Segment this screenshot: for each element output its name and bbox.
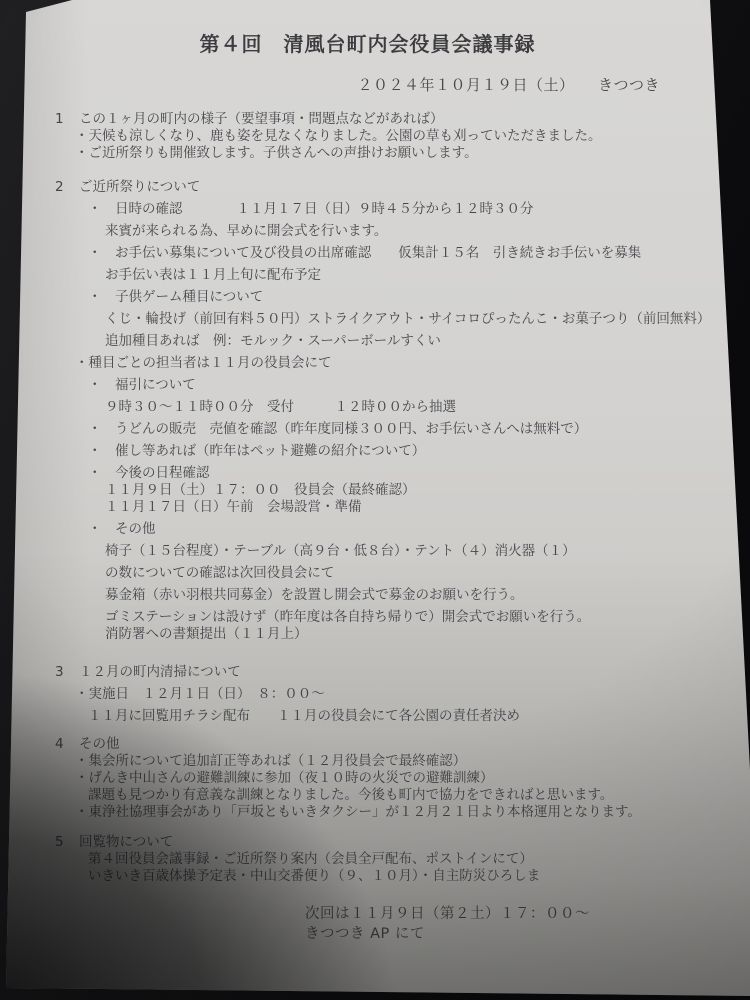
next-meeting-note: 次回は１１月９日（第２土）１７：００～ きつつき AP にて: [305, 904, 720, 944]
doc-line: 第４回役員会議事録・ご近所祭り案内（会員全戸配布、ポストインにて）: [55, 851, 720, 867]
doc-line: ・ うどんの販売 売値を確認（昨年度同様３００円、お手伝いさんへは無料で）: [55, 421, 720, 437]
section-lines: 第４回役員会議事録・ご近所祭り案内（会員全戸配布、ポストインにて）いきいき百歳体…: [55, 851, 720, 884]
section-heading: ご近所祭りについて: [79, 179, 200, 195]
doc-line: ・ 催し等あれば（昨年はペット避難の紹介について）: [55, 443, 720, 459]
doc-line: １１月に回覧用チラシ配布 １１月の役員会にて各公園の責任者決め: [55, 708, 720, 724]
doc-line: お手伝い表は１１月上旬に配布予定: [55, 267, 720, 283]
doc-line: １１月１７日（日）午前 会場設営・準備: [55, 499, 720, 515]
section-lines: ・天候も涼しくなり、鹿も姿を見なくなりました。公園の草も刈っていただきました。・…: [55, 128, 720, 161]
section-number: 2: [55, 179, 69, 195]
section-number: 5: [55, 834, 69, 850]
section-4: 4 その他 ・集会所について追加訂正等あれば（１２月役員会で最終確認）・げんき中…: [55, 736, 720, 820]
section-lines: ・実施日 １２月１日（日） ８：００～１１月に回覧用チラシ配布 １１月の役員会に…: [55, 686, 720, 724]
doc-line: ・天候も涼しくなり、鹿も姿を見なくなりました。公園の草も刈っていただきました。: [55, 128, 720, 144]
section-1: 1 この１ヶ月の町内の様子（要望事項・問題点などがあれば） ・天候も涼しくなり、…: [55, 111, 720, 161]
section-heading: １２月の町内清掃について: [79, 664, 241, 680]
section-heading-row: 5 回覧物について: [55, 834, 720, 850]
doc-line: 課題も見つかり有意義な訓練となりました。今後も町内で協力をできればと思います。: [55, 787, 720, 803]
document-content: 第４回 清風台町内会役員会議事録 ２０２４年１０月１９日（土） きつつき 1 こ…: [0, 0, 750, 944]
section-heading-row: 2 ご近所祭りについて: [55, 179, 720, 195]
doc-line: ・ 福引について: [55, 377, 720, 393]
section-5: 5 回覧物について 第４回役員会議事録・ご近所祭り案内（会員全戸配布、ポストイン…: [55, 834, 720, 884]
document-date: ２０２４年１０月１９日（土） きつつき: [55, 74, 720, 95]
section-number: 3: [55, 664, 69, 680]
doc-line: １１月９日（土）１７：００ 役員会（最終確認）: [55, 482, 720, 498]
doc-line: ９時３０～１１時００分 受付 １２時００から抽選: [55, 399, 720, 415]
doc-line: ・ その他: [55, 521, 720, 537]
paper-sheet: 第４回 清風台町内会役員会議事録 ２０２４年１０月１９日（土） きつつき 1 こ…: [0, 0, 750, 1000]
next-meeting-line2: きつつき AP にて: [305, 924, 720, 944]
doc-line: ・ご近所祭りも開催致します。子供さんへの声掛けお願いします。: [55, 145, 720, 161]
section-lines: ・ 日時の確認 １１月１７日（日）９時４５分から１２時３０分来賓が来られる為、早…: [55, 201, 720, 642]
section-heading: その他: [79, 736, 120, 752]
next-meeting-line1: 次回は１１月９日（第２土）１７：００～: [305, 904, 720, 924]
doc-line: ゴミステーションは設けず（昨年度は各自持ち帰りで）開会式でお願いを行う。: [55, 609, 720, 625]
doc-line: 募金箱（赤い羽根共同募金）を設置し開会式で募金のお願いを行う。: [55, 587, 720, 603]
section-heading-row: 4 その他: [55, 736, 720, 752]
section-3: 3 １２月の町内清掃について ・実施日 １２月１日（日） ８：００～１１月に回覧…: [55, 664, 720, 724]
doc-line: の数についての確認は次回役員会にて: [55, 565, 720, 581]
doc-line: ・ お手伝い募集について及び役員の出席確認 仮集計１５名 引き続きお手伝いを募集: [55, 245, 720, 261]
photo-frame: 第４回 清風台町内会役員会議事録 ２０２４年１０月１９日（土） きつつき 1 こ…: [0, 0, 750, 1000]
section-heading: 回覧物について: [79, 834, 173, 850]
doc-line: 消防署への書類提出（１１月上）: [55, 626, 720, 642]
sections-container: 1 この１ヶ月の町内の様子（要望事項・問題点などがあれば） ・天候も涼しくなり、…: [55, 111, 720, 884]
doc-line: ・げんき中山さんの避難訓練に参加（夜１０時の火災での避難訓練）: [55, 770, 720, 786]
doc-line: ・ 日時の確認 １１月１７日（日）９時４５分から１２時３０分: [55, 201, 720, 217]
doc-line: いきいき百歳体操予定表・中山交番便り（９、１０月）・自主防災ひろしま: [55, 868, 720, 884]
doc-line: 追加種目あれば 例：モルック・スーパーボールすくい: [55, 333, 720, 349]
section-heading-row: 3 １２月の町内清掃について: [55, 664, 720, 680]
section-number: 1: [55, 111, 69, 127]
doc-line: ・ 今後の日程確認: [55, 465, 720, 481]
doc-line: 来賓が来られる為、早めに開会式を行います。: [55, 223, 720, 239]
section-number: 4: [55, 736, 69, 752]
section-2: 2 ご近所祭りについて ・ 日時の確認 １１月１７日（日）９時４５分から１２時３…: [55, 179, 720, 642]
doc-line: くじ・輪投げ（前回有料５０円）ストライクアウト・サイコロぴったんこ・お菓子つり（…: [55, 311, 720, 327]
section-heading: この１ヶ月の町内の様子（要望事項・問題点などがあれば）: [79, 111, 444, 127]
doc-line: ・実施日 １２月１日（日） ８：００～: [55, 686, 720, 702]
doc-line: ・集会所について追加訂正等あれば（１２月役員会で最終確認）: [55, 753, 720, 769]
doc-line: ・種目ごとの担当者は１１月の役員会にて: [55, 355, 720, 371]
section-heading-row: 1 この１ヶ月の町内の様子（要望事項・問題点などがあれば）: [55, 111, 720, 127]
doc-line: ・東浄社協理事会があり「戸坂ともいきタクシー」が１２月２１日より本格運用となりま…: [55, 804, 720, 820]
document-title: 第４回 清風台町内会役員会議事録: [55, 28, 680, 57]
doc-line: ・ 子供ゲーム種目について: [55, 289, 720, 305]
doc-line: 椅子（１５台程度）・テーブル（高９台・低８台）・テント（４）消火器（１）: [55, 543, 720, 559]
section-lines: ・集会所について追加訂正等あれば（１２月役員会で最終確認）・げんき中山さんの避難…: [55, 753, 720, 820]
